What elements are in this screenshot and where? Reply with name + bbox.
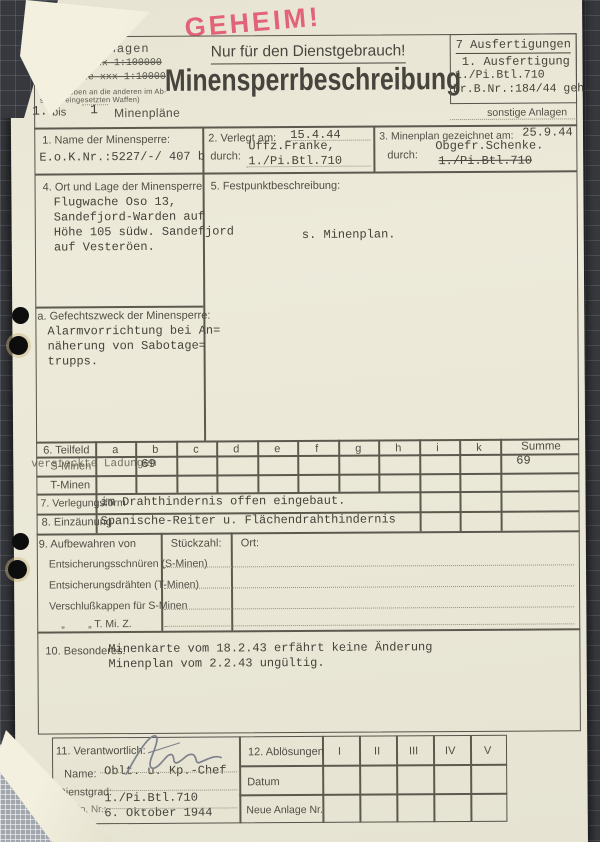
divider [216, 441, 218, 493]
field4-value-line: Sandefjord-Warden auf [54, 210, 205, 225]
hole-punch [9, 336, 28, 355]
field1-label: 1. Name der Minensperre: [42, 134, 170, 147]
col-header: e [274, 443, 280, 455]
einzaeunung-value: Spanische-Reiter u. Flächendrahthinderni… [101, 512, 396, 528]
divider [373, 126, 375, 172]
field1-value: E.o.K.Nr.:5227/-/ 407 b [39, 150, 205, 165]
col-header: d [233, 443, 239, 455]
hole-punch [8, 560, 27, 579]
form-title: Minensperrbeschreibung [165, 61, 462, 99]
form-content: GEHEIM! ständige Anlagen Lageplan xxx 1:… [0, 0, 600, 842]
neue-anlage-row-label: Neue Anlage Nr. [246, 804, 323, 816]
file-number: Br.B.Nr.:184/44 geh. [453, 82, 591, 96]
field9-label: 9. Aufbewahren von [39, 538, 136, 551]
table6-label: 6. Teilfeld [43, 444, 89, 456]
col-header: a [112, 444, 118, 456]
field5-label: 5. Festpunktbeschreibung: [211, 180, 341, 193]
col-header: k [476, 442, 482, 454]
signature [120, 729, 230, 782]
divider [338, 440, 340, 492]
stueckzahl-label: Stückzahl: [171, 537, 222, 549]
col-header: III [409, 745, 418, 757]
copy-number: 1. Ausfertigung [462, 54, 570, 69]
unit-value: 1./Pi.Btl.710 [104, 791, 198, 806]
field9-row-label: Entsicherungsschnüren (S-Minen) [49, 558, 208, 571]
s-minen-summe: 69 [516, 454, 530, 468]
divider [378, 440, 380, 492]
col-header: c [193, 444, 199, 456]
field4-value-line: Flugwache Oso 13, [54, 195, 177, 210]
col-header: b [152, 444, 158, 456]
field10-value-line: Minenkarte vom 18.2.43 erfährt keine Änd… [108, 640, 432, 656]
field2-durch-label: durch: [210, 150, 241, 162]
col-header: i [436, 442, 439, 454]
field5a-value-line: trupps. [48, 354, 99, 368]
hole-punch [12, 533, 29, 550]
s-minen-count-b: 69 [141, 457, 155, 471]
s-minen-typed-overlay: versteckte Ladungen [31, 458, 156, 471]
field4-label: 4. Ort und Lage der Minensperre: [43, 181, 206, 194]
field10-value-line: Minenplan vom 2.2.43 ungültig. [108, 656, 324, 671]
ort-label: Ort: [241, 537, 259, 549]
summe-header: Summe [521, 440, 561, 452]
datum-row-label: Datum [247, 776, 279, 788]
copies-total: 7 Ausfertigungen [456, 37, 571, 54]
col-header: I [338, 746, 341, 758]
field3-name: Obgefr.Schenke. [435, 139, 543, 154]
col-header: f [315, 443, 318, 455]
field3-durch-label: durch: [387, 149, 418, 161]
col-header: II [374, 746, 380, 758]
divider [82, 104, 108, 105]
field12-label: 12. Ablösungen [248, 746, 324, 758]
field3-unit: 1./Pi.Btl.710 [438, 154, 532, 169]
field4-value-line: auf Vesteröen. [54, 240, 155, 255]
unit-line: 1./Pi.Btl.710 [455, 68, 545, 82]
divider [176, 441, 178, 493]
field9-row-label: Verschlußkappen für S-Minen [49, 600, 187, 613]
t-minen-label: T-Minen [50, 479, 90, 491]
field9-row-label: Entsicherungsdrähten (T-Minen) [49, 579, 199, 592]
minenplaene-label: Minenpläne [114, 106, 180, 120]
divider [297, 440, 299, 492]
field9-row-label: „ „ T. Mi. Z. [61, 618, 131, 630]
col-header: g [355, 443, 361, 455]
field3-date: 25.9.44 [522, 125, 573, 139]
hole-punch [12, 307, 29, 324]
sonstige-anlagen-label: sonstige Anlagen [487, 106, 567, 118]
field2-name: Uffz.Franke, [248, 139, 335, 154]
col-header: h [395, 442, 401, 454]
field5a-label: a. Gefechtszweck der Minensperre: [37, 310, 210, 323]
field5a-value-line: näherung von Sabotage= [48, 339, 207, 354]
field5-value: s. Minenplan. [302, 227, 396, 242]
col-header: IV [445, 745, 455, 757]
col-header: V [484, 745, 491, 757]
verlegungsform-value: im Drahthindernis offen eingebaut. [100, 494, 345, 509]
field4-value-line: Höhe 105 südw. Sandefjord [54, 224, 234, 239]
scanned-document: GEHEIM! ständige Anlagen Lageplan xxx 1:… [0, 0, 600, 842]
divider [257, 440, 259, 492]
field5a-value-line: Alarmvorrichtung bei An= [47, 323, 220, 338]
name-label: Name: [64, 768, 96, 780]
